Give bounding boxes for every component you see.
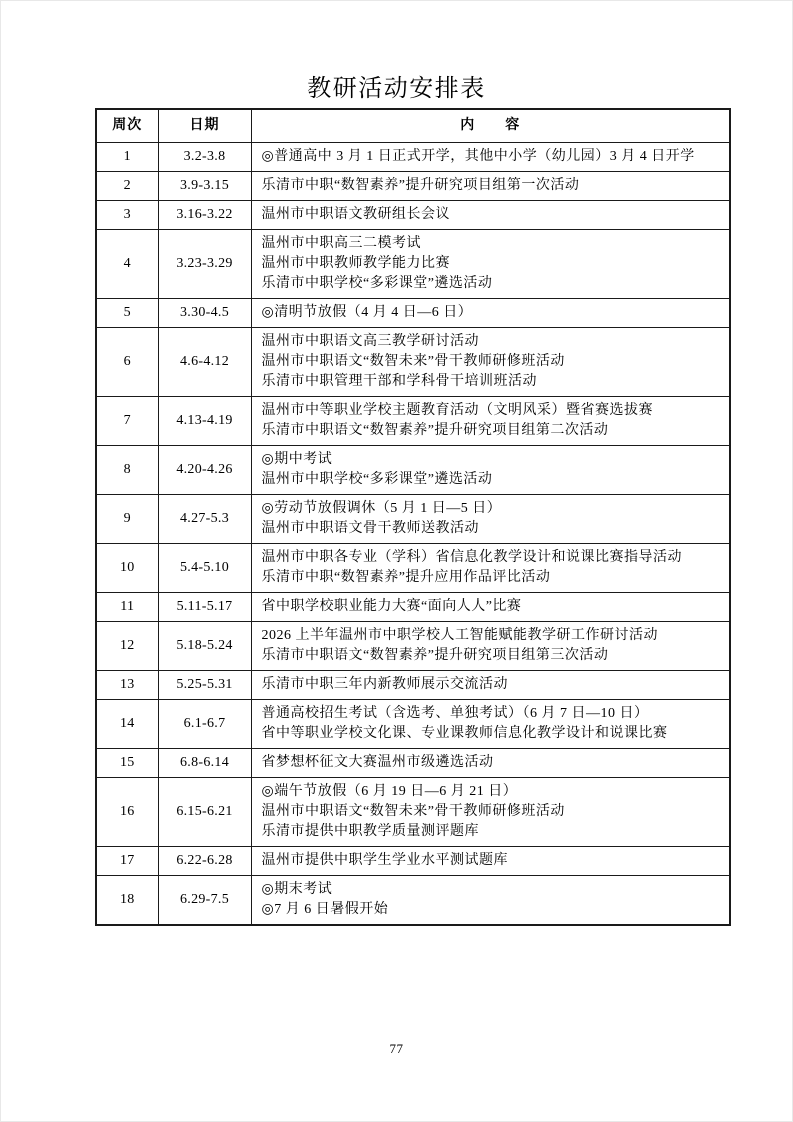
content-line: 2026 上半年温州市中职学校人工智能赋能教学研工作研讨活动 <box>262 626 722 646</box>
table-row: 135.25-5.31乐清市中职三年内新教师展示交流活动 <box>96 671 730 700</box>
week-cell: 16 <box>96 778 158 847</box>
table-row: 33.16-3.22温州市中职语文教研组长会议 <box>96 201 730 230</box>
header-row: 周次 日期 内 容 <box>96 109 730 143</box>
date-cell: 5.18-5.24 <box>158 622 251 671</box>
week-cell: 14 <box>96 700 158 749</box>
table-row: 64.6-4.12温州市中职语文高三教学研讨活动温州市中职语文“数智未来”骨干教… <box>96 328 730 397</box>
date-cell: 5.11-5.17 <box>158 593 251 622</box>
content-line: 乐清市中职“数智素养”提升应用作品评比活动 <box>262 568 722 588</box>
content-cell: 省中职学校职业能力大赛“面向人人”比赛 <box>251 593 730 622</box>
content-cell: ◎劳动节放假调休（5 月 1 日—5 日）温州市中职语文骨干教师送教活动 <box>251 495 730 544</box>
table-row: 53.30-4.5◎清明节放假（4 月 4 日—6 日） <box>96 299 730 328</box>
content-line: ◎普通高中 3 月 1 日正式开学，其他中小学（幼儿园）3 月 4 日开学 <box>262 147 722 167</box>
content-cell: 温州市中职语文高三教学研讨活动温州市中职语文“数智未来”骨干教师研修班活动乐清市… <box>251 328 730 397</box>
week-cell: 9 <box>96 495 158 544</box>
content-cell: 2026 上半年温州市中职学校人工智能赋能教学研工作研讨活动乐清市中职语文“数智… <box>251 622 730 671</box>
week-cell: 1 <box>96 143 158 172</box>
content-line: 省梦想杯征文大赛温州市级遴选活动 <box>262 753 722 773</box>
table-row: 94.27-5.3◎劳动节放假调休（5 月 1 日—5 日）温州市中职语文骨干教… <box>96 495 730 544</box>
week-cell: 5 <box>96 299 158 328</box>
table-row: 13.2-3.8◎普通高中 3 月 1 日正式开学，其他中小学（幼儿园）3 月 … <box>96 143 730 172</box>
content-line: 温州市中职语文高三教学研讨活动 <box>262 332 722 352</box>
table-row: 146.1-6.7普通高校招生考试（含选考、单独考试）（6 月 7 日—10 日… <box>96 700 730 749</box>
content-cell: 普通高校招生考试（含选考、单独考试）（6 月 7 日—10 日）省中等职业学校文… <box>251 700 730 749</box>
header-date: 日期 <box>158 109 251 143</box>
week-cell: 6 <box>96 328 158 397</box>
content-line: 温州市中职高三二模考试 <box>262 234 722 254</box>
content-cell: 温州市中职高三二模考试温州市中职教师教学能力比赛乐清市中职学校“多彩课堂”遴选活… <box>251 230 730 299</box>
content-line: ◎期末考试 <box>262 880 722 900</box>
table-row: 125.18-5.242026 上半年温州市中职学校人工智能赋能教学研工作研讨活… <box>96 622 730 671</box>
table-row: 43.23-3.29温州市中职高三二模考试温州市中职教师教学能力比赛乐清市中职学… <box>96 230 730 299</box>
content-line: 乐清市中职管理干部和学科骨干培训班活动 <box>262 372 722 392</box>
content-cell: 温州市中职语文教研组长会议 <box>251 201 730 230</box>
content-line: 乐清市中职三年内新教师展示交流活动 <box>262 675 722 695</box>
week-cell: 3 <box>96 201 158 230</box>
date-cell: 5.25-5.31 <box>158 671 251 700</box>
content-cell: ◎期末考试◎7 月 6 日暑假开始 <box>251 876 730 926</box>
content-line: 省中职学校职业能力大赛“面向人人”比赛 <box>262 597 722 617</box>
date-cell: 3.2-3.8 <box>158 143 251 172</box>
table-row: 105.4-5.10温州市中职各专业（学科）省信息化教学设计和说课比赛指导活动乐… <box>96 544 730 593</box>
table-row: 74.13-4.19温州市中等职业学校主题教育活动（文明风采）暨省赛选拔赛乐清市… <box>96 397 730 446</box>
date-cell: 6.8-6.14 <box>158 749 251 778</box>
content-line: 温州市中等职业学校主题教育活动（文明风采）暨省赛选拔赛 <box>262 401 722 421</box>
week-cell: 12 <box>96 622 158 671</box>
page-number: 77 <box>0 1041 793 1057</box>
schedule-table-header: 周次 日期 内 容 <box>96 109 730 143</box>
content-line: ◎劳动节放假调休（5 月 1 日—5 日） <box>262 499 722 519</box>
content-line: ◎清明节放假（4 月 4 日—6 日） <box>262 303 722 323</box>
content-line: 省中等职业学校文化课、专业课教师信息化教学设计和说课比赛 <box>262 724 722 744</box>
date-cell: 4.6-4.12 <box>158 328 251 397</box>
content-cell: ◎期中考试温州市中职学校“多彩课堂”遴选活动 <box>251 446 730 495</box>
content-line: 温州市中职语文“数智未来”骨干教师研修班活动 <box>262 802 722 822</box>
content-cell: 温州市中等职业学校主题教育活动（文明风采）暨省赛选拔赛乐清市中职语文“数智素养”… <box>251 397 730 446</box>
content-line: 乐清市中职学校“多彩课堂”遴选活动 <box>262 274 722 294</box>
date-cell: 4.13-4.19 <box>158 397 251 446</box>
content-cell: 省梦想杯征文大赛温州市级遴选活动 <box>251 749 730 778</box>
content-line: ◎端午节放假（6 月 19 日—6 月 21 日） <box>262 782 722 802</box>
content-line: 乐清市中职语文“数智素养”提升研究项目组第二次活动 <box>262 421 722 441</box>
date-cell: 4.27-5.3 <box>158 495 251 544</box>
week-cell: 17 <box>96 847 158 876</box>
table-row: 176.22-6.28温州市提供中职学生学业水平测试题库 <box>96 847 730 876</box>
week-cell: 4 <box>96 230 158 299</box>
week-cell: 2 <box>96 172 158 201</box>
content-line: 温州市中职各专业（学科）省信息化教学设计和说课比赛指导活动 <box>262 548 722 568</box>
date-cell: 3.30-4.5 <box>158 299 251 328</box>
date-cell: 5.4-5.10 <box>158 544 251 593</box>
date-cell: 3.23-3.29 <box>158 230 251 299</box>
content-line: 温州市中职语文“数智未来”骨干教师研修班活动 <box>262 352 722 372</box>
week-cell: 18 <box>96 876 158 926</box>
week-cell: 15 <box>96 749 158 778</box>
content-line: ◎期中考试 <box>262 450 722 470</box>
date-cell: 6.29-7.5 <box>158 876 251 926</box>
content-cell: ◎普通高中 3 月 1 日正式开学，其他中小学（幼儿园）3 月 4 日开学 <box>251 143 730 172</box>
week-cell: 11 <box>96 593 158 622</box>
table-row: 115.11-5.17省中职学校职业能力大赛“面向人人”比赛 <box>96 593 730 622</box>
week-cell: 13 <box>96 671 158 700</box>
table-row: 84.20-4.26◎期中考试温州市中职学校“多彩课堂”遴选活动 <box>96 446 730 495</box>
table-row: 166.15-6.21◎端午节放假（6 月 19 日—6 月 21 日）温州市中… <box>96 778 730 847</box>
date-cell: 6.1-6.7 <box>158 700 251 749</box>
header-week: 周次 <box>96 109 158 143</box>
week-cell: 8 <box>96 446 158 495</box>
content-line: ◎7 月 6 日暑假开始 <box>262 900 722 920</box>
week-cell: 10 <box>96 544 158 593</box>
content-line: 温州市中职语文骨干教师送教活动 <box>262 519 722 539</box>
content-cell: ◎清明节放假（4 月 4 日—6 日） <box>251 299 730 328</box>
date-cell: 6.15-6.21 <box>158 778 251 847</box>
content-line: 普通高校招生考试（含选考、单独考试）（6 月 7 日—10 日） <box>262 704 722 724</box>
content-line: 温州市中职语文教研组长会议 <box>262 205 722 225</box>
content-cell: 温州市提供中职学生学业水平测试题库 <box>251 847 730 876</box>
content-line: 温州市中职教师教学能力比赛 <box>262 254 722 274</box>
document-page: 教研活动安排表 周次 日期 内 容 13.2-3.8◎普通高中 3 月 1 日正… <box>0 0 793 1122</box>
content-cell: ◎端午节放假（6 月 19 日—6 月 21 日）温州市中职语文“数智未来”骨干… <box>251 778 730 847</box>
page-title: 教研活动安排表 <box>0 0 793 104</box>
header-content: 内 容 <box>251 109 730 143</box>
content-cell: 乐清市中职三年内新教师展示交流活动 <box>251 671 730 700</box>
content-cell: 温州市中职各专业（学科）省信息化教学设计和说课比赛指导活动乐清市中职“数智素养”… <box>251 544 730 593</box>
table-row: 156.8-6.14省梦想杯征文大赛温州市级遴选活动 <box>96 749 730 778</box>
date-cell: 3.9-3.15 <box>158 172 251 201</box>
table-row: 186.29-7.5◎期末考试◎7 月 6 日暑假开始 <box>96 876 730 926</box>
schedule-table: 周次 日期 内 容 13.2-3.8◎普通高中 3 月 1 日正式开学，其他中小… <box>95 108 731 926</box>
week-cell: 7 <box>96 397 158 446</box>
date-cell: 3.16-3.22 <box>158 201 251 230</box>
content-line: 温州市提供中职学生学业水平测试题库 <box>262 851 722 871</box>
date-cell: 4.20-4.26 <box>158 446 251 495</box>
content-line: 温州市中职学校“多彩课堂”遴选活动 <box>262 470 722 490</box>
table-row: 23.9-3.15乐清市中职“数智素养”提升研究项目组第一次活动 <box>96 172 730 201</box>
content-line: 乐清市提供中职教学质量测评题库 <box>262 822 722 842</box>
date-cell: 6.22-6.28 <box>158 847 251 876</box>
schedule-table-body: 13.2-3.8◎普通高中 3 月 1 日正式开学，其他中小学（幼儿园）3 月 … <box>96 143 730 926</box>
content-line: 乐清市中职语文“数智素养”提升研究项目组第三次活动 <box>262 646 722 666</box>
content-cell: 乐清市中职“数智素养”提升研究项目组第一次活动 <box>251 172 730 201</box>
content-line: 乐清市中职“数智素养”提升研究项目组第一次活动 <box>262 176 722 196</box>
